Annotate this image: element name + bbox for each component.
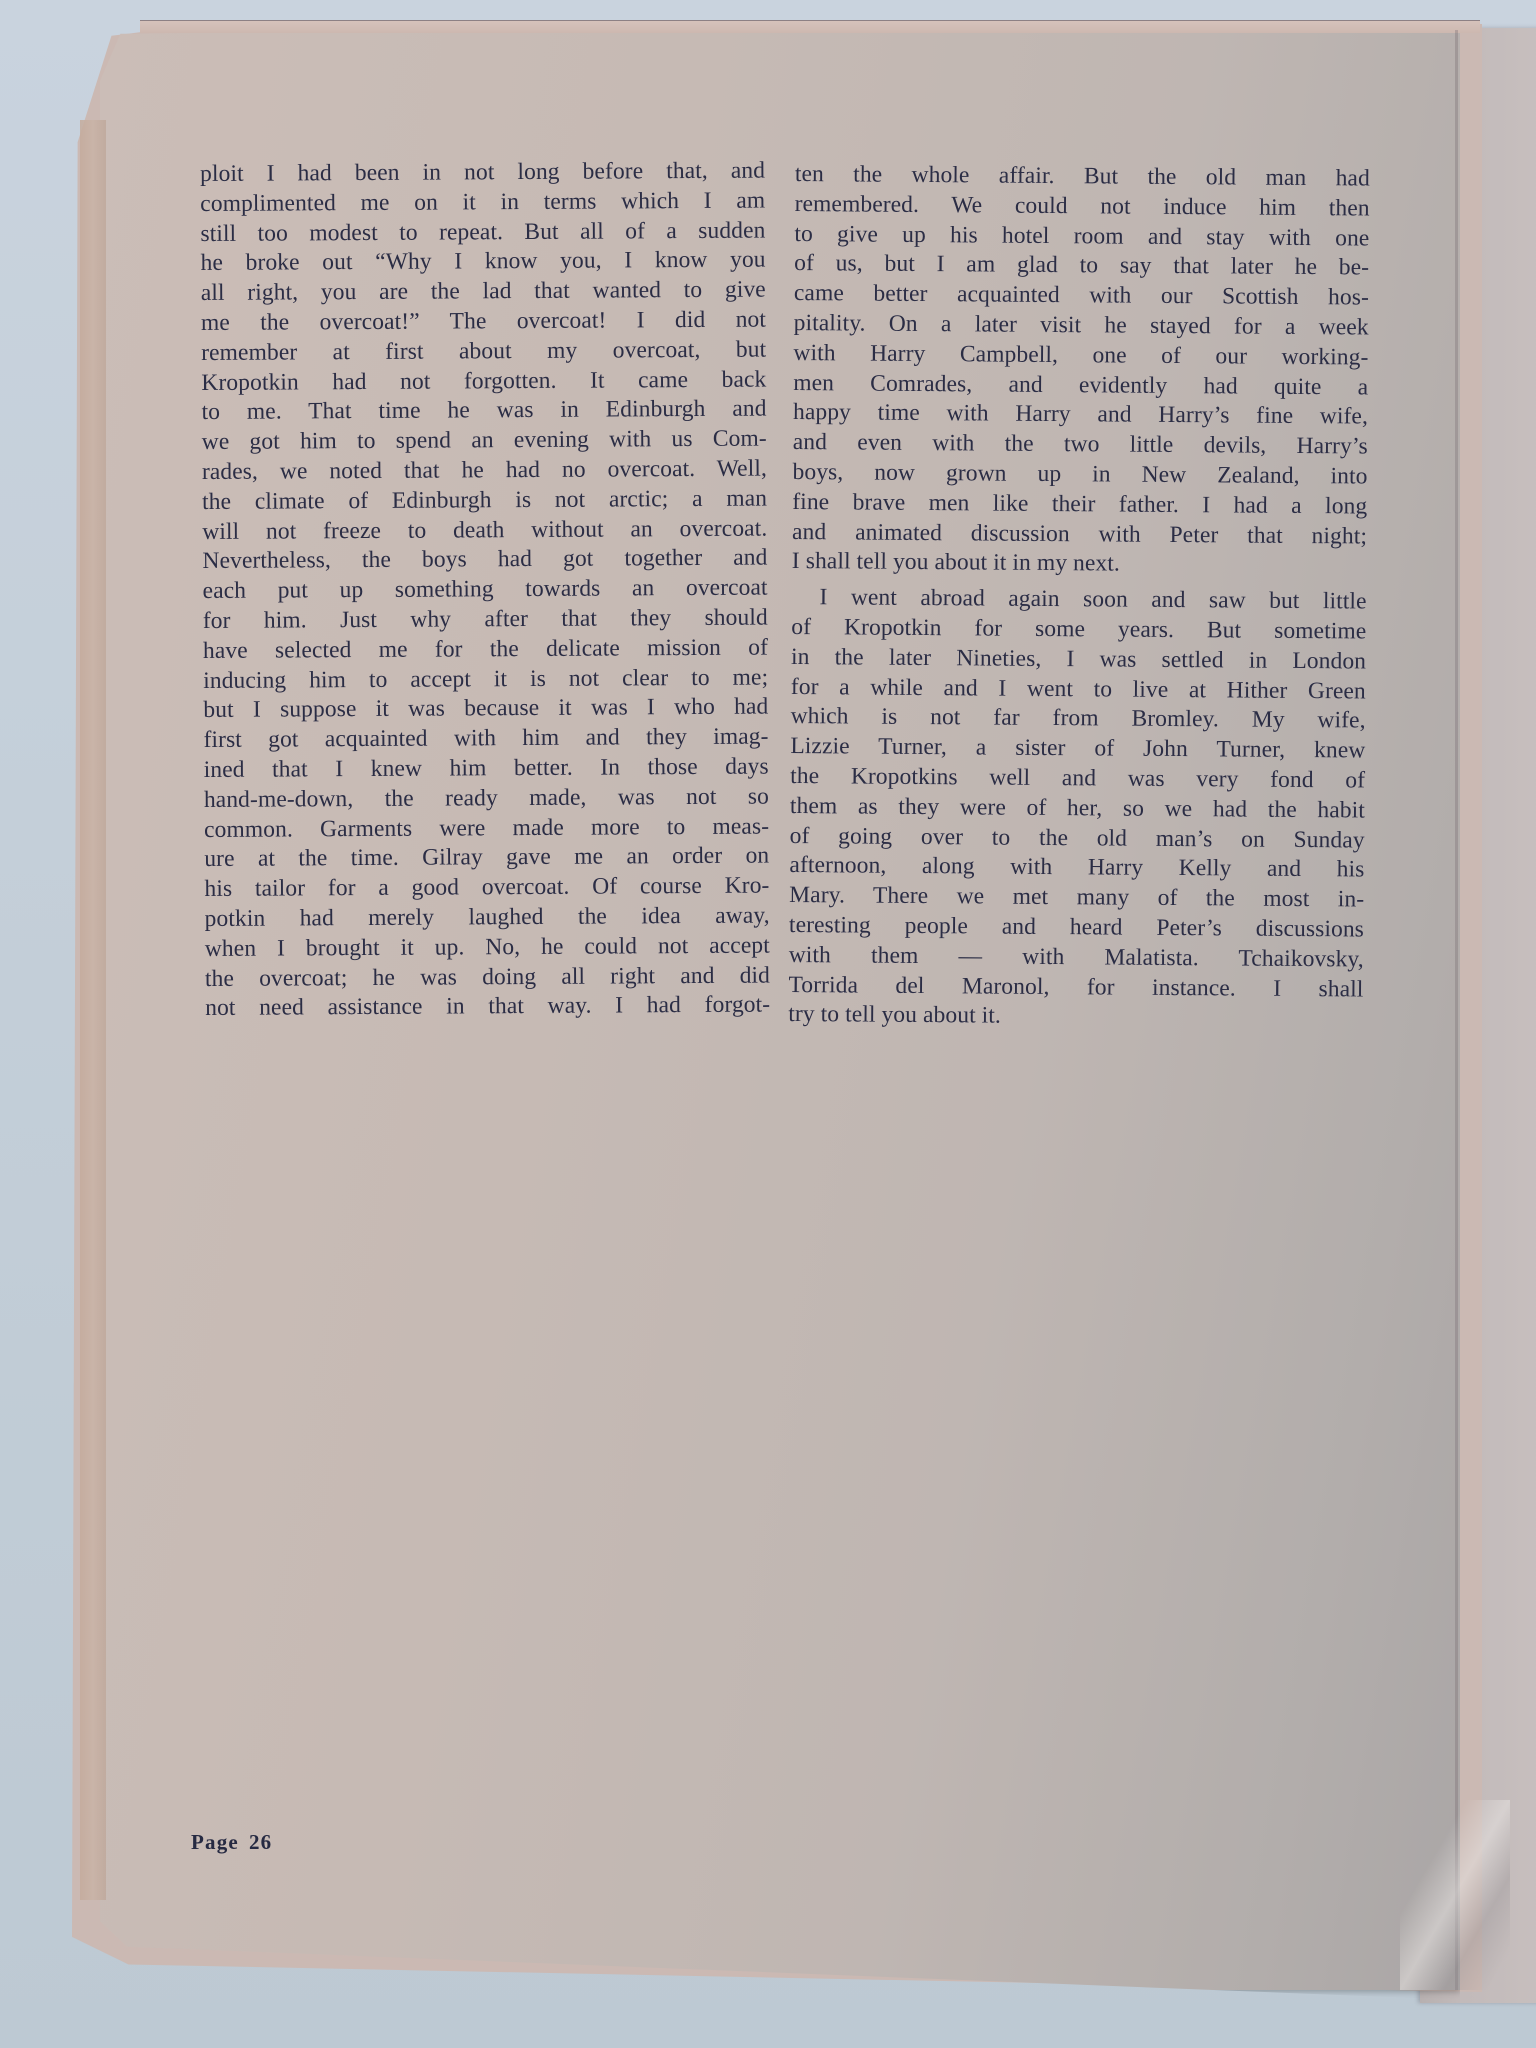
text-line: ure at the time. Gilray gave me an order… xyxy=(204,842,769,875)
text-line: his tailor for a good overcoat. Of cours… xyxy=(204,872,769,905)
text-line: and even with the two little devils, Har… xyxy=(793,428,1368,462)
text-line: the overcoat; he was doing all right and… xyxy=(205,961,770,994)
page-number-value: 26 xyxy=(249,1830,272,1854)
text-line: men Comrades, and evidently had quite a xyxy=(793,369,1368,403)
text-line: potkin had merely laughed the idea away, xyxy=(205,901,770,934)
text-line: I went abroad again soon and saw but lit… xyxy=(791,583,1366,617)
text-line: common. Garments were made more to meas- xyxy=(204,812,769,845)
text-line: pitality. On a later visit he stayed for… xyxy=(794,309,1369,343)
text-line: he broke out “Why I know you, I know you xyxy=(201,246,766,279)
text-line: for a while and I went to live at Hither… xyxy=(791,673,1366,707)
text-line: the Kropotkins well and was very fond of xyxy=(790,762,1365,796)
page-label: Page xyxy=(191,1830,239,1854)
text-line: but I suppose it was because it was I wh… xyxy=(203,693,768,726)
page-fold-crease xyxy=(1455,30,1458,1990)
text-line: complimented me on it in terms which I a… xyxy=(200,186,765,219)
text-line: Lizzie Turner, a sister of John Turner, … xyxy=(790,732,1365,766)
text-line: came better acquainted with our Scottish… xyxy=(794,279,1369,313)
text-line: try to tell you about it. xyxy=(788,1000,1363,1034)
text-line: ten the whole affair. But the old man ha… xyxy=(795,160,1370,194)
text-line: me the overcoat!” The overcoat! I did no… xyxy=(201,306,766,339)
page-number: Page26 xyxy=(191,1830,272,1855)
text-line: all right, you are the lad that wanted t… xyxy=(201,276,766,309)
text-line: afternoon, along with Harry Kelly and hi… xyxy=(789,851,1364,885)
text-line: inducing him to accept it is not clear t… xyxy=(203,663,768,696)
text-line: when I brought it up. No, he could not a… xyxy=(205,931,770,964)
text-line: hand-me-down, the ready made, was not so xyxy=(204,782,769,815)
paragraph: ten the whole affair. But the old man ha… xyxy=(792,160,1370,582)
binding-edge xyxy=(80,120,106,1900)
text-line: in the later Nineties, I was settled in … xyxy=(791,643,1366,677)
text-line: I shall tell you about it in my next. xyxy=(792,547,1367,581)
paragraph: I went abroad again soon and saw but lit… xyxy=(788,583,1366,1034)
text-line: each put up something towards an overcoa… xyxy=(203,574,768,607)
text-line: first got acquainted with him and they i… xyxy=(203,723,768,756)
text-line: of us, but I am glad to say that later h… xyxy=(794,249,1369,283)
text-line: which is not far from Bromley. My wife, xyxy=(791,702,1366,736)
text-line: and animated discussion with Peter that … xyxy=(792,518,1367,552)
text-line: remembered. We could not induce him then xyxy=(795,190,1370,224)
text-line: of Kropotkin for some years. But sometim… xyxy=(791,613,1366,647)
text-line: happy time with Harry and Harry’s fine w… xyxy=(793,398,1368,432)
text-line: ploit I had been in not long before that… xyxy=(200,157,765,190)
text-line: we got him to spend an evening with us C… xyxy=(202,425,767,458)
text-line: of going over to the old man’s on Sunday xyxy=(790,822,1365,856)
text-line: boys, now grown up in New Zealand, into xyxy=(792,458,1367,492)
text-line: have selected me for the delicate missio… xyxy=(203,633,768,666)
text-line: for him. Just why after that they should xyxy=(203,603,768,636)
text-line: them as they were of her, so we had the … xyxy=(790,792,1365,826)
text-line: Kropotkin had not forgotten. It came bac… xyxy=(201,365,766,398)
text-column-right: ten the whole affair. But the old man ha… xyxy=(788,160,1370,1035)
text-line: with Harry Campbell, one of our working- xyxy=(793,339,1368,373)
text-line: not need assistance in that way. I had f… xyxy=(205,991,770,1024)
text-column-left: ploit I had been in not long before that… xyxy=(200,157,770,1025)
page-top-edge xyxy=(140,20,1480,33)
text-line: Torrida del Maronol, for instance. I sha… xyxy=(788,970,1363,1004)
text-line: teresting people and heard Peter’s discu… xyxy=(789,911,1364,945)
text-line: will not freeze to death without an over… xyxy=(202,514,767,547)
text-line: remember at first about my overcoat, but xyxy=(201,335,766,368)
text-line: rades, we noted that he had no overcoat.… xyxy=(202,455,767,488)
text-line: to give up his hotel room and stay with … xyxy=(794,220,1369,254)
text-line: Mary. There we met many of the most in- xyxy=(789,881,1364,915)
text-line: ined that I knew him better. In those da… xyxy=(204,752,769,785)
corner-crumple xyxy=(1400,1800,1510,1990)
text-line: Nevertheless, the boys had got together … xyxy=(202,544,767,577)
text-line: the climate of Edinburgh is not arctic; … xyxy=(202,484,767,517)
text-line: to me. That time he was in Edinburgh and xyxy=(201,395,766,428)
text-line: with them — with Malatista. Tchaikovsky, xyxy=(789,941,1364,975)
text-line: still too modest to repeat. But all of a… xyxy=(200,216,765,249)
text-line: fine brave men like their father. I had … xyxy=(792,488,1367,522)
